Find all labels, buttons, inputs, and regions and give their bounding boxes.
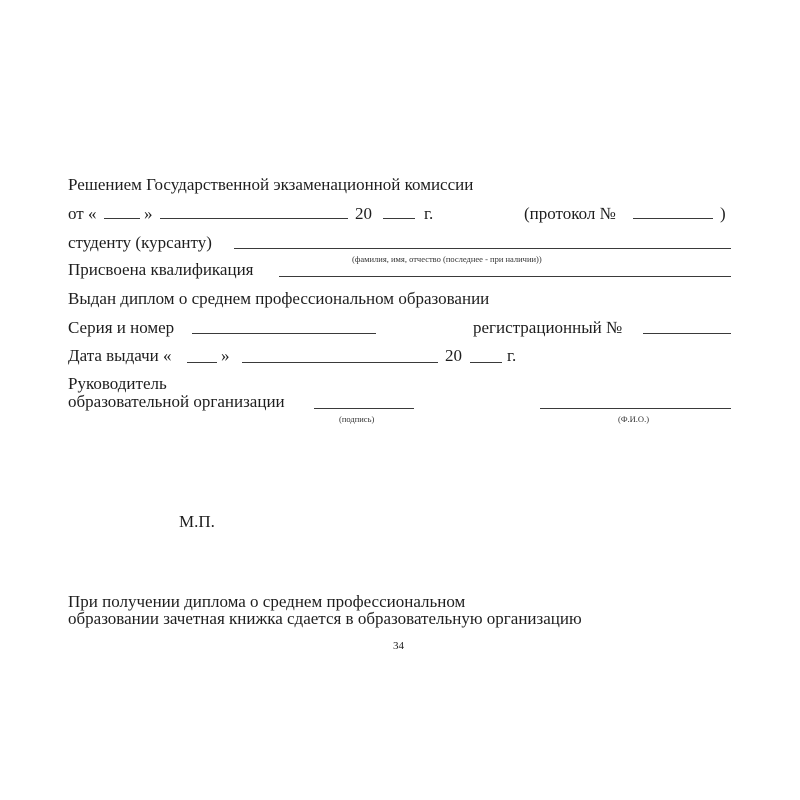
- commission-decision-heading: Решением Государственной экзаменационной…: [68, 175, 473, 195]
- head-name-field[interactable]: [540, 408, 731, 409]
- head-name-hint: (Ф.И.О.): [618, 414, 649, 424]
- student-name-field[interactable]: [234, 248, 731, 249]
- decision-month-field[interactable]: [160, 218, 348, 219]
- diploma-issued-text: Выдан диплом о среднем профессиональном …: [68, 289, 489, 309]
- student-label: студенту (курсанту): [68, 233, 212, 253]
- signature-field[interactable]: [314, 408, 414, 409]
- issue-date-quote-close: »: [221, 346, 230, 366]
- head-label-line1: Руководитель: [68, 374, 167, 394]
- issue-year-prefix: 20: [445, 346, 462, 366]
- decision-day-field[interactable]: [104, 218, 140, 219]
- decision-year-suffix: г.: [424, 204, 433, 224]
- issue-year-suffix: г.: [507, 346, 516, 366]
- decision-year-field[interactable]: [383, 218, 415, 219]
- decision-date-prefix: от «: [68, 204, 96, 224]
- gradebook-note-line2: образовании зачетная книжка сдается в об…: [68, 609, 582, 629]
- decision-year-prefix: 20: [355, 204, 372, 224]
- issue-day-field[interactable]: [187, 362, 217, 363]
- series-number-field[interactable]: [192, 333, 376, 334]
- series-number-label: Серия и номер: [68, 318, 174, 338]
- stamp-place-label: М.П.: [179, 512, 215, 532]
- qualification-field[interactable]: [279, 276, 731, 277]
- registration-number-field[interactable]: [643, 333, 731, 334]
- decision-date-quote-close: »: [144, 204, 153, 224]
- protocol-number-field[interactable]: [633, 218, 713, 219]
- protocol-label: (протокол №: [524, 204, 616, 224]
- head-label-line2: образовательной организации: [68, 392, 285, 412]
- registration-number-label: регистрационный №: [473, 318, 622, 338]
- page-number: 34: [393, 640, 404, 652]
- student-name-hint: (фамилия, имя, отчество (последнее - при…: [352, 254, 542, 264]
- signature-hint: (подпись): [339, 414, 374, 424]
- document-page: Решением Государственной экзаменационной…: [0, 0, 800, 800]
- protocol-close-paren: ): [720, 204, 726, 224]
- issue-month-field[interactable]: [242, 362, 438, 363]
- issue-year-field[interactable]: [470, 362, 502, 363]
- qualification-label: Присвоена квалификация: [68, 260, 254, 280]
- issue-date-label: Дата выдачи «: [68, 346, 172, 366]
